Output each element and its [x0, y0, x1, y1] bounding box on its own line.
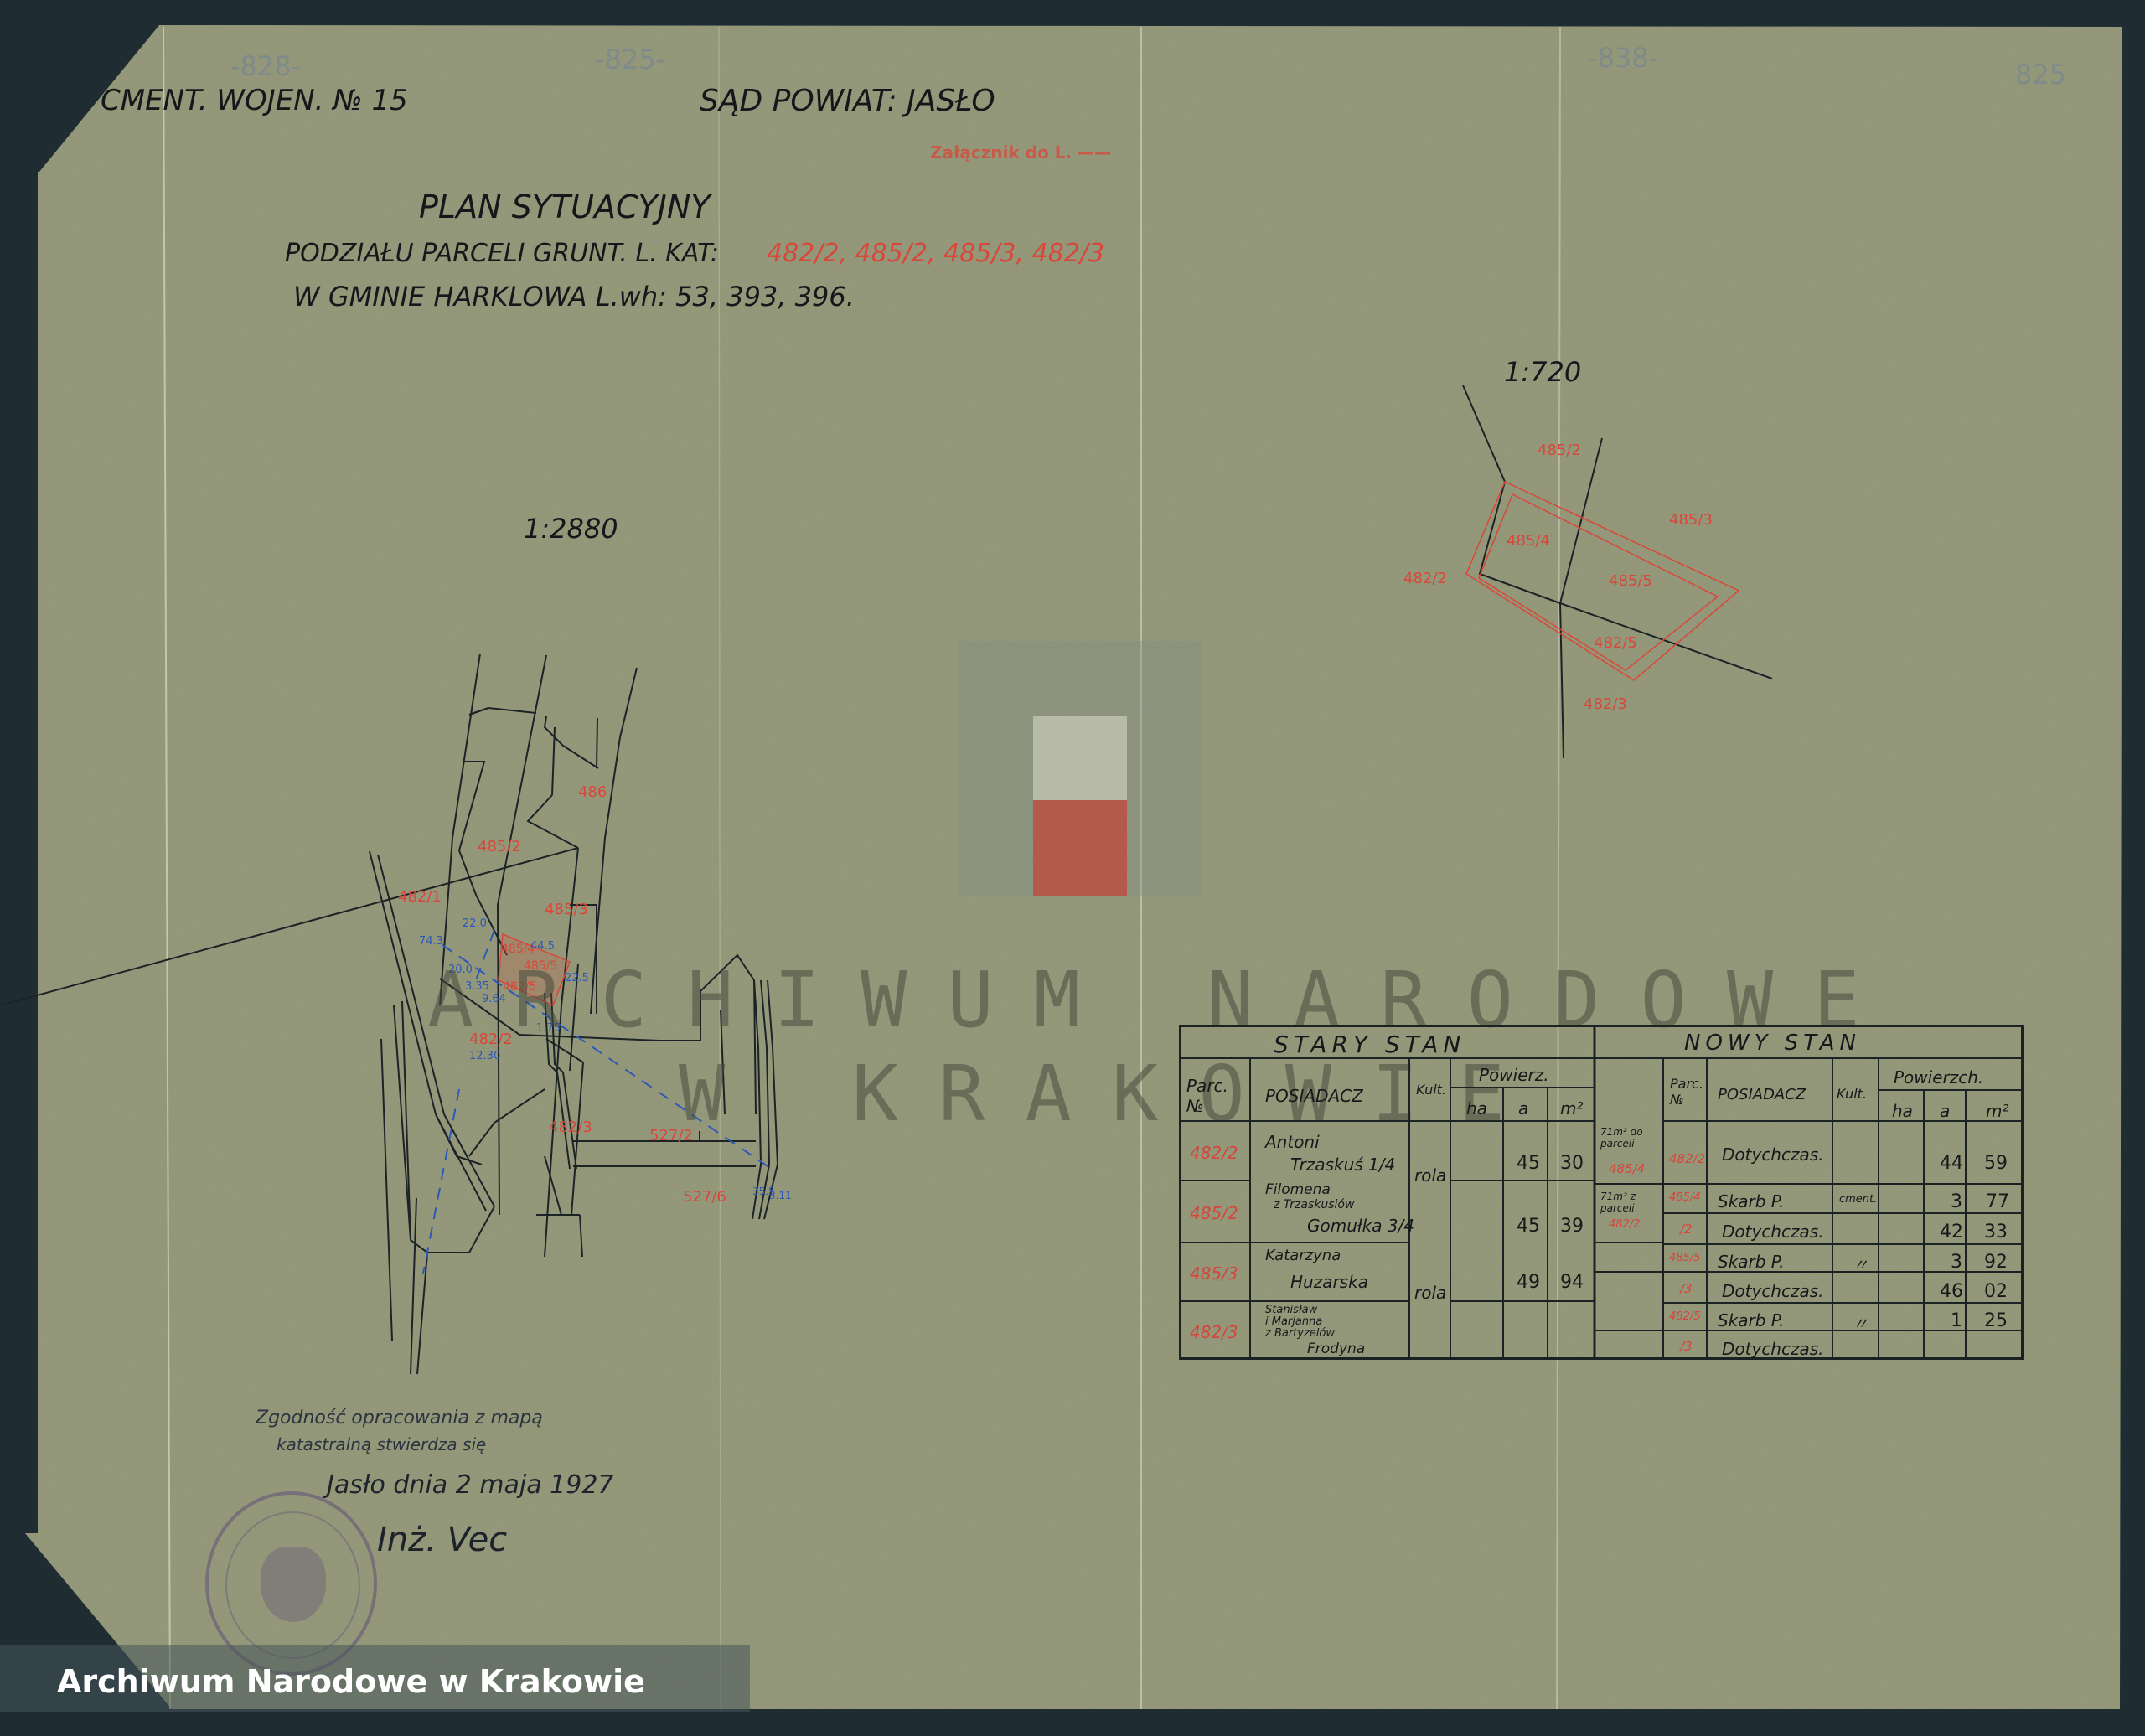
- header-culture-new: Kult.: [1837, 1086, 1867, 1102]
- pencil-mark-2: -825-: [595, 44, 665, 75]
- new-culture: 〃: [1852, 1252, 1868, 1276]
- header-area: Powierz.: [1479, 1065, 1549, 1085]
- old-owner: Frodyna: [1307, 1341, 1365, 1357]
- cemetery-number: CMENT. WOJEN. № 15: [101, 84, 408, 117]
- header-area-new: Powierzch.: [1894, 1067, 1983, 1088]
- certification-line1: Zgodność opracowania z mapą: [256, 1408, 543, 1429]
- old-parc: 485/3: [1190, 1263, 1238, 1284]
- new-m2: 92: [1984, 1252, 2008, 1273]
- new-owner: Skarb P.: [1718, 1310, 1784, 1330]
- old-owner: Filomena: [1265, 1181, 1331, 1198]
- eagle-emblem-icon: [261, 1547, 326, 1622]
- parcel-label: 485/4: [1507, 532, 1550, 550]
- new-owner: Dotychczas.: [1722, 1281, 1824, 1301]
- old-parc: 482/3: [1190, 1322, 1238, 1342]
- old-owner: Huzarska: [1290, 1272, 1368, 1292]
- new-a: 46: [1940, 1281, 1963, 1302]
- header-culture: Kult.: [1416, 1082, 1446, 1098]
- old-culture: rola: [1414, 1165, 1446, 1186]
- new-m2: 59: [1984, 1153, 2008, 1174]
- old-owner: Stanisław: [1265, 1304, 1317, 1316]
- old-parc: 485/2: [1190, 1203, 1238, 1223]
- court-district: SĄD POWIAT: JASŁO: [700, 84, 995, 118]
- new-a: 44: [1940, 1153, 1963, 1174]
- parcel-label: 527/6: [683, 1188, 726, 1206]
- measurement-label: 22.0: [463, 917, 487, 930]
- new-parc: /2: [1680, 1222, 1693, 1237]
- pencil-mark-4: 825: [2015, 59, 2066, 90]
- old-owner: z Trzaskusiów: [1274, 1198, 1354, 1212]
- transfer-note-parcel: 485/4: [1609, 1161, 1645, 1176]
- old-state-title: STARY STAN: [1274, 1031, 1465, 1058]
- measurement-label: 3.11: [769, 1190, 792, 1201]
- new-m2: 33: [1984, 1222, 2008, 1243]
- parcel-label: 482/5: [1594, 634, 1637, 652]
- header-owner: POSIADACZ: [1265, 1086, 1363, 1106]
- municipality-line: W GMINIE HARKLOWA L.wh: 53, 393, 396.: [293, 281, 855, 313]
- place-date: Jasło dnia 2 maja 1927: [327, 1470, 614, 1500]
- certification-line2: katastralną stwierdza się: [277, 1434, 486, 1454]
- new-parc: /3: [1680, 1281, 1693, 1296]
- parcel-label: 482/2: [1403, 570, 1447, 587]
- old-m2: 30: [1560, 1153, 1584, 1174]
- new-owner: Dotychczas.: [1722, 1144, 1824, 1165]
- new-a: 42: [1940, 1222, 1963, 1243]
- new-parc: 485/5: [1669, 1252, 1700, 1264]
- new-parc: /3: [1680, 1339, 1693, 1354]
- plan-title: PLAN SYTUACYJNY: [419, 189, 711, 225]
- header-m2-new: m²: [1986, 1101, 2009, 1121]
- new-parc: 482/2: [1669, 1151, 1705, 1166]
- new-a: 1: [1951, 1310, 1962, 1331]
- header-a-new: a: [1940, 1101, 1950, 1121]
- header-ha-new: ha: [1892, 1101, 1913, 1121]
- scale-right: 1:720: [1504, 356, 1581, 388]
- parcel-label: 482/3: [549, 1119, 592, 1136]
- old-owner: Katarzyna: [1265, 1247, 1341, 1264]
- header-m2: m²: [1560, 1098, 1584, 1119]
- header-owner-new: POSIADACZ: [1718, 1086, 1806, 1103]
- new-parc: 485/4: [1669, 1191, 1700, 1204]
- old-m2: 94: [1560, 1272, 1584, 1293]
- subtitle-parcels: 482/2, 485/2, 485/3, 482/3: [767, 239, 1104, 268]
- parcel-label: 485/3: [545, 901, 588, 918]
- transfer-note-parcel: 482/2: [1609, 1218, 1640, 1231]
- old-culture: rola: [1414, 1283, 1446, 1303]
- parcel-label: 485/3: [1669, 511, 1713, 529]
- parcel-label: 485/5: [1609, 572, 1652, 590]
- measurement-label: 12.30: [469, 1050, 500, 1062]
- old-m2: 39: [1560, 1216, 1584, 1237]
- new-culture: 〃: [1852, 1310, 1868, 1335]
- color-swatch-white: [1033, 716, 1127, 800]
- new-owner: Dotychczas.: [1722, 1222, 1824, 1242]
- color-swatch-red: [1033, 800, 1127, 896]
- measurement-label: 44.5: [530, 940, 555, 953]
- header-a: a: [1518, 1098, 1528, 1119]
- parcel-label: 482/3: [1584, 695, 1627, 713]
- parcel-label: 485/2: [1538, 442, 1581, 459]
- new-culture: cment.: [1839, 1193, 1877, 1206]
- parcel-table: STARY STAN NOWY STAN Parc. № POSIADACZ K…: [1179, 1025, 2024, 1360]
- header-parc: Parc. №: [1186, 1076, 1249, 1116]
- old-a: 49: [1517, 1272, 1540, 1293]
- signature: Inż. Vec: [377, 1521, 507, 1559]
- subtitle-prefix: PODZIAŁU PARCELI GRUNT. L. KAT:: [285, 239, 719, 268]
- red-stamp: Załącznik do L. ——: [930, 142, 1111, 163]
- parcel-label: 485/2: [478, 838, 521, 855]
- new-m2: 02: [1984, 1281, 2008, 1302]
- old-owner: z Bartyzelów: [1265, 1327, 1335, 1340]
- old-owner: Gomułka 3/4: [1307, 1216, 1414, 1236]
- header-ha: ha: [1466, 1098, 1487, 1119]
- new-state-title: NOWY STAN: [1684, 1031, 1861, 1056]
- old-a: 45: [1517, 1153, 1540, 1174]
- transfer-note: 71m² do parceli: [1600, 1126, 1663, 1150]
- parcel-label: 482/1: [398, 888, 442, 906]
- new-owner: Skarb P.: [1718, 1191, 1784, 1212]
- new-m2: 25: [1984, 1310, 2008, 1331]
- parcel-label: 486: [578, 783, 607, 801]
- new-a: 3: [1951, 1252, 1962, 1273]
- old-owner: Trzaskuś 1/4: [1290, 1155, 1395, 1175]
- archive-banner-label: Archiwum Narodowe w Krakowie: [57, 1663, 645, 1700]
- new-a: 3: [1951, 1191, 1962, 1212]
- new-owner: Skarb P.: [1718, 1252, 1784, 1272]
- transfer-note: 71m² z parceli: [1600, 1191, 1663, 1214]
- scale-left: 1:2880: [524, 513, 618, 545]
- measurement-label: 74.3: [419, 935, 443, 948]
- new-m2: 77: [1986, 1191, 2009, 1212]
- pencil-mark-1: -828-: [230, 50, 301, 82]
- old-owner: Antoni: [1265, 1132, 1320, 1152]
- pencil-mark-3: -838-: [1588, 42, 1658, 74]
- new-owner: Dotychczas.: [1722, 1339, 1824, 1359]
- header-parc-new: Parc. №: [1670, 1076, 1708, 1108]
- old-owner: i Marjanna: [1265, 1315, 1322, 1328]
- new-parc: 482/5: [1669, 1310, 1700, 1323]
- old-a: 45: [1517, 1216, 1540, 1237]
- old-parc: 482/2: [1190, 1143, 1238, 1163]
